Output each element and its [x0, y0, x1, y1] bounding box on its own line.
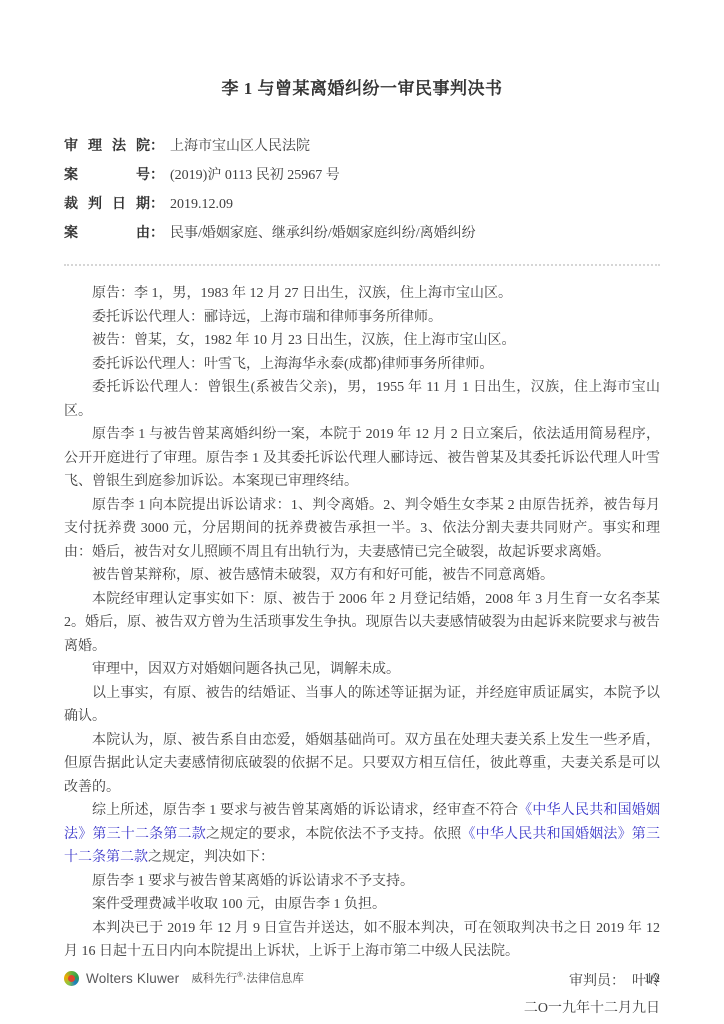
mediation-note: 审理中，因双方对婚姻问题各执己见，调解未成。: [64, 658, 660, 682]
court-opinion: 本院认为，原、被告系自由恋爱，婚姻基础尚可。双方虽在处理夫妻关系上发生一些矛盾，…: [64, 729, 660, 800]
plaintiff-info: 原告：李 1，男，1983 年 12 月 27 日出生，汉族，住上海市宝山区。: [64, 282, 660, 306]
defendant-defense: 被告曾某辩称，原、被告感情未破裂，双方有和好可能，被告不同意离婚。: [64, 564, 660, 588]
judgment-body: 原告：李 1，男，1983 年 12 月 27 日出生，汉族，住上海市宝山区。 …: [64, 282, 660, 964]
meta-label-case-number: 案号: [64, 161, 150, 190]
meta-label-court: 审理法院: [64, 132, 150, 161]
meta-colon: ：: [150, 226, 164, 241]
case-meta-section: 审理法院：上海市宝山区人民法院 案号：(2019)沪 0113 民初 25967…: [64, 132, 660, 248]
meta-row-case-number: 案号：(2019)沪 0113 民初 25967 号: [64, 161, 660, 190]
meta-colon: ：: [150, 139, 164, 154]
meta-colon: ：: [150, 197, 164, 212]
meta-value-cause-of-action: 民事/婚姻家庭、继承纠纷/婚姻家庭纠纷/离婚纠纷: [170, 226, 476, 241]
document-title: 李 1 与曾某离婚纠纷一审民事判决书: [64, 76, 660, 102]
judgment-date-line: 二O一九年十二月九日: [64, 995, 660, 1022]
defendant-info: 被告：曾某，女，1982 年 10 月 23 日出生，汉族，住上海市宝山区。: [64, 329, 660, 353]
case-procedure: 原告李 1 与被告曾某离婚纠纷一案，本院于 2019 年 12 月 2 日立案后…: [64, 423, 660, 494]
plaintiff-claims: 原告李 1 向本院提出诉讼请求：1、判令离婚。2、判令婚生女李某 2 由原告抚养…: [64, 494, 660, 565]
defendant-agent-2: 委托诉讼代理人：曾银生(系被告父亲)，男，1955 年 11 月 1 日出生，汉…: [64, 376, 660, 423]
meta-row-cause-of-action: 案由：民事/婚姻家庭、继承纠纷/婚姻家庭纠纷/离婚纠纷: [64, 219, 660, 248]
judgment-item: 原告李 1 要求与被告曾某离婚的诉讼请求不予支持。: [64, 870, 660, 894]
court-findings: 本院经审理认定事实如下：原、被告于 2006 年 2 月登记结婚，2008 年 …: [64, 588, 660, 659]
meta-row-court: 审理法院：上海市宝山区人民法院: [64, 132, 660, 161]
judgment-basis-text-1: 综上所述，原告李 1 要求与被告曾某离婚的诉讼请求，经审查不符合: [92, 803, 518, 818]
evidence-confirmation: 以上事实，有原、被告的结婚证、当事人的陈述等证据为证，并经庭审质证属实，本院予以…: [64, 682, 660, 729]
judgment-document-page: 李 1 与曾某离婚纠纷一审民事判决书 审理法院：上海市宝山区人民法院 案号：(2…: [0, 0, 724, 1024]
page-footer: Wolters Kluwer 威科先行®·法律信息库 1/2: [64, 970, 660, 986]
plaintiff-agent: 委托诉讼代理人：郦诗远，上海市瑞和律师事务所律师。: [64, 306, 660, 330]
judgment-basis-text-2: 之规定的要求，本院依法不予支持。依照: [206, 827, 462, 842]
footer-brand-name: Wolters Kluwer: [86, 971, 179, 986]
defendant-agent-1: 委托诉讼代理人：叶雪飞，上海海华永泰(成都)律师事务所律师。: [64, 353, 660, 377]
meta-colon: ：: [150, 168, 164, 183]
meta-label-cause-of-action: 案由: [64, 219, 150, 248]
footer-product-name: 威科先行®·法律信息库: [191, 970, 304, 986]
page-number-indicator: 1/2: [644, 971, 660, 986]
separator-dotted: [64, 264, 660, 266]
appeal-instructions: 本判决已于 2019 年 12 月 9 日宣告并送达，如不服本判决，可在领取判决…: [64, 917, 660, 964]
meta-label-judgment-date: 裁判日期: [64, 190, 150, 219]
wolters-kluwer-logo-icon: [64, 971, 79, 986]
footer-branding: Wolters Kluwer 威科先行®·法律信息库: [64, 970, 304, 986]
meta-value-case-number: (2019)沪 0113 民初 25967 号: [170, 168, 340, 183]
meta-value-court: 上海市宝山区人民法院: [170, 139, 310, 154]
meta-row-judgment-date: 裁判日期：2019.12.09: [64, 190, 660, 219]
judgment-basis-text-3: 之规定，判决如下：: [148, 850, 274, 865]
judgment-basis: 综上所述，原告李 1 要求与被告曾某离婚的诉讼请求，经审查不符合《中华人民共和国…: [64, 799, 660, 870]
court-fee: 案件受理费减半收取 100 元，由原告李 1 负担。: [64, 893, 660, 917]
meta-value-judgment-date: 2019.12.09: [170, 197, 233, 212]
